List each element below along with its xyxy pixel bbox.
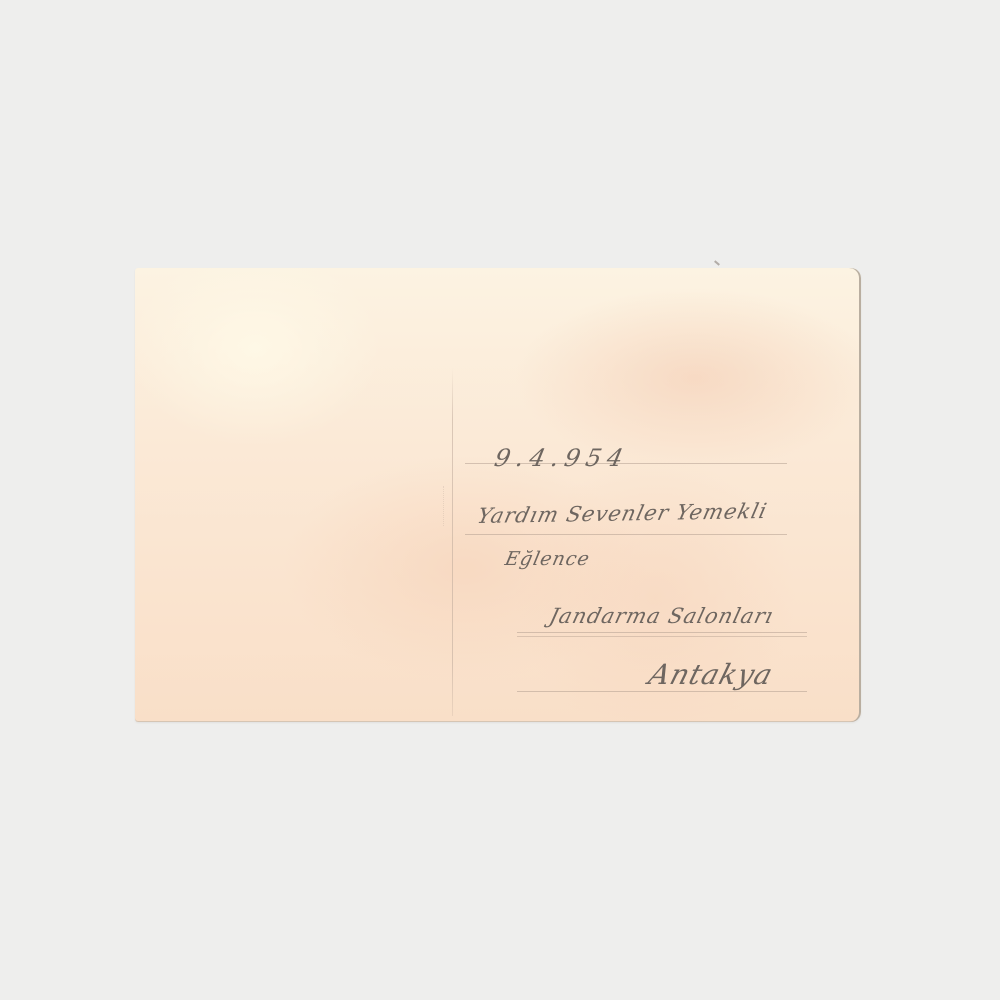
handwritten-line-3: Jandarma Salonları <box>547 604 776 628</box>
address-rule-2 <box>465 534 787 535</box>
handwritten-line-2: Eğlence <box>503 548 592 570</box>
address-rule-4 <box>517 691 807 692</box>
address-rule-3 <box>517 632 807 633</box>
faint-print-mark <box>443 486 460 526</box>
photo-stage: 9.4.954 Yardım Sevenler Yemekli Eğlence … <box>0 0 1000 1000</box>
postcard-divider-line <box>452 368 453 716</box>
handwritten-date: 9.4.954 <box>492 444 632 472</box>
handwritten-line-1: Yardım Sevenler Yemekli <box>475 499 770 528</box>
postcard-back: 9.4.954 Yardım Sevenler Yemekli Eğlence … <box>135 268 861 722</box>
edge-mark <box>714 260 720 265</box>
handwritten-line-4: Antakya <box>645 658 777 691</box>
